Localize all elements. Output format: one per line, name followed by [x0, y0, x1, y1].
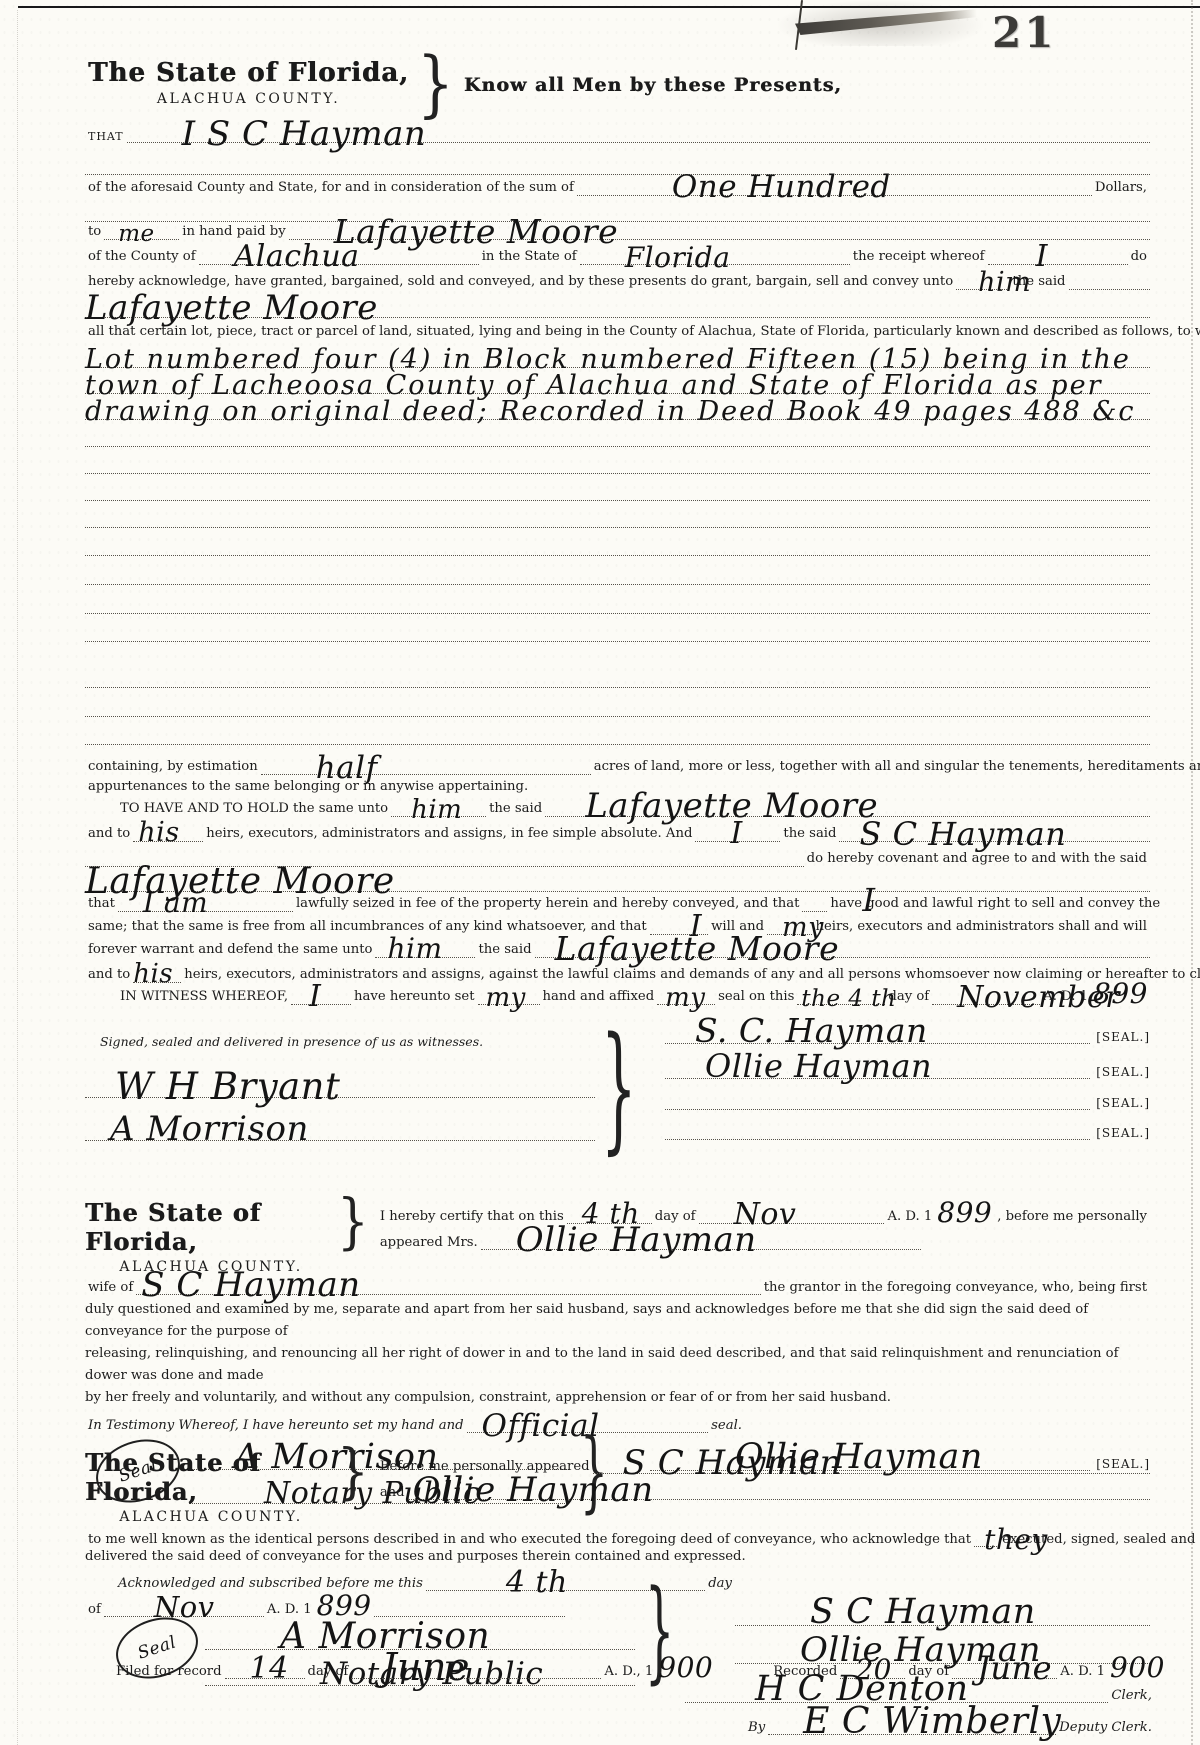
shall-label: heirs, executors and administrators shal…	[812, 920, 1150, 935]
month-entry-line: November	[932, 1004, 1040, 1005]
by-label: By	[745, 1720, 768, 1735]
state-handwritten: Florida	[625, 245, 731, 270]
containing-row: containing, by estimation half acres of …	[85, 755, 1150, 775]
dotted-line	[85, 473, 1150, 474]
dotted-line	[85, 584, 1150, 585]
covenant-label: do hereby covenant and agree to and with…	[804, 852, 1150, 867]
his2-entry-line: his	[133, 982, 181, 983]
deputy-row: By E C Wimberly Deputy Clerk.	[745, 1703, 1155, 1735]
n2-of-row: of Nov A. D. 1 899	[85, 1591, 565, 1617]
filed-day-line: 14	[225, 1678, 305, 1679]
convey-right-label: have good and lawful right to sell and c…	[827, 897, 1163, 912]
his-handwritten: his	[138, 821, 179, 845]
description-handwritten-3: drawing on original deed; Recorded in De…	[85, 400, 1136, 424]
n1-body-line-2: releasing, relinquishing, and renouncing…	[85, 1343, 1150, 1387]
blank-row	[85, 481, 1150, 501]
n2-before-line: S C Hayman	[593, 1473, 1150, 1474]
sum-handwritten: One Hundred	[672, 174, 891, 202]
said-label: the said	[780, 827, 839, 842]
n1-body: duly questioned and examined by me, sepa…	[85, 1299, 1150, 1409]
n1-appeared-handwritten: Ollie Hayman	[516, 1225, 757, 1256]
n1-body-line-1: duly questioned and examined by me, sepa…	[85, 1299, 1150, 1343]
witness-caption: Signed, sealed and delivered in presence…	[100, 1034, 483, 1049]
grantor-seal-signature: S. C. Hayman	[695, 1016, 928, 1046]
n2-of-label: of	[85, 1602, 104, 1617]
receipt-label: the receipt whereof	[850, 250, 988, 265]
n1-state-title: The State of Florida,	[85, 1198, 337, 1256]
containing-label: containing, by estimation	[85, 760, 261, 775]
filed-day-of-label: day of	[305, 1664, 352, 1679]
that-label: THAT	[85, 131, 127, 143]
n2-brace: }	[337, 1441, 369, 1501]
n1-header: The State of Florida, ALACHUA COUNTY. } …	[85, 1198, 1150, 1275]
presents-title: Know all Men by these Presents,	[464, 74, 842, 96]
n2-header: The State of Florida, ALACHUA COUNTY. } …	[85, 1448, 1150, 1525]
seal-line-3	[665, 1109, 1090, 1110]
blank-row	[85, 697, 1150, 717]
my2-entry-line: my	[478, 1004, 540, 1005]
warrant-row: forever warrant and defend the same unto…	[85, 938, 1150, 958]
n1-appeared-label: appeared Mrs.	[377, 1235, 481, 1250]
county-entry-line: Alachua	[199, 264, 479, 265]
n2-and-line: Ollie Hayman	[408, 1499, 1150, 1500]
filed-month-handwritten: June	[381, 1650, 470, 1684]
to-label: to	[85, 225, 104, 240]
witness2-signature: A Morrison	[110, 1114, 309, 1145]
paid-label: in hand paid by	[179, 225, 288, 240]
seal-row-4: [SEAL.]	[665, 1110, 1150, 1140]
n2-they-line: they	[974, 1546, 999, 1547]
blank-row	[85, 725, 1150, 745]
clerk-row: H C Denton Clerk,	[685, 1679, 1155, 1703]
grantor2-handwritten: S C Hayman	[859, 820, 1066, 849]
day-entry-line: the 4 th	[797, 1004, 885, 1005]
n1-certify-row: I hereby certify that on this 4 th day o…	[377, 1198, 1150, 1224]
year-handwritten: 899	[1091, 979, 1150, 1010]
n2-and-handwritten: Ollie Hayman	[413, 1475, 654, 1506]
letterhead-text: The State of Florida, ALACHUA COUNTY.	[88, 58, 409, 107]
receipt-entry-line: I	[988, 264, 1128, 265]
state-title: The State of Florida,	[88, 58, 409, 88]
seal-line-1: S. C. Hayman	[665, 1043, 1090, 1044]
n2-appeared-col: Before me personally appeared S C Hayman…	[377, 1448, 1150, 1500]
n1-brace: }	[337, 1191, 369, 1251]
heirs-label: heirs, executors, administrators and ass…	[203, 827, 695, 842]
state-entry-line: Florida	[580, 264, 850, 265]
acres-label: acres of land, more or less, together wi…	[591, 760, 1200, 775]
seized-row: that I am lawfully seized in fee of the …	[85, 892, 1150, 912]
dotted-line	[85, 555, 1150, 556]
n1-wife-line: S C Hayman	[136, 1294, 760, 1295]
grantee-entry-line: Lafayette Moore	[85, 317, 1150, 318]
seal-line-4	[665, 1139, 1090, 1140]
n1-wife-of-label: wife of	[85, 1280, 136, 1295]
n2-ack-label: Acknowledged and subscribed before me th…	[115, 1576, 426, 1591]
receipt-handwritten: I	[1036, 243, 1048, 270]
n1-letterhead: The State of Florida, ALACHUA COUNTY.	[85, 1198, 337, 1275]
i-entry-line: I	[695, 841, 780, 842]
n2-ack-day-handwritten: 4 th	[506, 1569, 568, 1596]
to-have-handwritten: him	[411, 799, 462, 822]
my3-entry-line: my	[657, 1004, 715, 1005]
seal-column: S. C. Hayman [SEAL.] Ollie Hayman [SEAL.…	[665, 1030, 1150, 1140]
dotted-line	[85, 716, 1150, 717]
state-of-label: in the State of	[479, 250, 580, 265]
paid-by-row: to me in hand paid by Lafayette Moore	[85, 220, 1150, 240]
wi-handwritten: I	[309, 983, 321, 1010]
unto-handwritten: him	[978, 271, 1031, 295]
deed-letterhead: The State of Florida, ALACHUA COUNTY. } …	[88, 58, 842, 112]
his2-handwritten: his	[133, 963, 173, 986]
n1-ad-label: A. D. 1	[884, 1209, 935, 1224]
page-number: 21	[992, 8, 1056, 57]
recorded-month-handwritten: June	[977, 1654, 1052, 1683]
dotted-line	[85, 641, 1150, 642]
n2-before-handwritten: S C Hayman	[623, 1448, 842, 1479]
n1-certify-col: I hereby certify that on this 4 th day o…	[377, 1198, 1150, 1250]
n2-county-label: ALACHUA COUNTY.	[85, 1509, 337, 1525]
blank-row	[85, 536, 1150, 556]
seal-row-1: S. C. Hayman [SEAL.]	[665, 1030, 1150, 1044]
description-line-3: drawing on original deed; Recorded in De…	[85, 419, 1150, 420]
dollars-label: Dollars,	[1092, 181, 1150, 196]
blank-row	[85, 454, 1150, 474]
to-entry-line: me	[104, 239, 179, 240]
deputy-line: E C Wimberly	[768, 1734, 1056, 1735]
county-state-row: of the County of Alachua in the State of…	[85, 245, 1150, 265]
county-of-label: of the County of	[85, 250, 199, 265]
n2-sig1-line: S C Hayman	[735, 1625, 1150, 1626]
filed-day-handwritten: 14	[250, 1655, 289, 1682]
witness-label: IN WITNESS WHEREOF,	[117, 990, 291, 1005]
clerk-label: Clerk,	[1108, 1688, 1155, 1703]
grantor2-entry-line: S C Hayman	[839, 841, 1150, 842]
n2-day-word: day	[705, 1576, 735, 1591]
n2-state-title: The State of Florida,	[85, 1448, 337, 1506]
my3-handwritten: my	[665, 987, 705, 1010]
n2-known-row: to me well known as the identical person…	[85, 1525, 1150, 1547]
sum-entry-line: One Hundred	[577, 195, 1092, 196]
witness-seal-block: Signed, sealed and delivered in presence…	[85, 1030, 1150, 1170]
dotted-line	[85, 687, 1150, 688]
i2-handwritten: I	[862, 886, 875, 915]
n1-testimony-row: In Testimony Whereof, I have hereunto se…	[85, 1409, 745, 1433]
filed-year-handwritten: 900	[656, 1651, 715, 1684]
witness2-line: A Morrison	[85, 1140, 595, 1141]
header-brace: }	[417, 47, 454, 120]
blank-row	[85, 622, 1150, 642]
parcel-label: all that certain lot, piece, tract or pa…	[85, 325, 1200, 340]
description-handwritten-2: town of Lacheoosa County of Alachua and …	[85, 374, 1102, 398]
description-row-1: Lot numbered four (4) in Block numbered …	[85, 348, 1150, 368]
consideration-row: of the aforesaid County and State, for a…	[85, 176, 1150, 196]
day-handwritten: the 4 th	[801, 989, 896, 1010]
blank-row	[85, 565, 1150, 585]
filed-ad-label: A. D., 1	[601, 1664, 656, 1679]
said-label: the said	[475, 943, 534, 958]
county-handwritten: Alachua	[234, 243, 360, 270]
n1-testimony-label: In Testimony Whereof, I have hereunto se…	[85, 1418, 467, 1433]
seal-label-2: [SEAL.]	[1090, 1065, 1150, 1079]
to-have-label: TO HAVE AND TO HOLD the same unto	[117, 802, 391, 817]
seal-line-2: Ollie Hayman	[665, 1078, 1090, 1079]
i-am-entry-line: I am	[118, 911, 293, 912]
n1-before-label: , before me personally	[994, 1209, 1150, 1224]
hand-label: hand and affixed	[540, 990, 658, 1005]
witness1-signature: W H Bryant	[115, 1070, 340, 1103]
scanned-deed-page: 21 The State of Florida, ALACHUA COUNTY.…	[0, 0, 1200, 1745]
deputy-label: Deputy Clerk.	[1056, 1720, 1155, 1735]
n2-known-label: to me well known as the identical person…	[85, 1532, 974, 1547]
him-entry-line: him	[375, 957, 475, 958]
description-handwritten-1: Lot numbered four (4) in Block numbered …	[85, 348, 1131, 372]
seal-label-4: [SEAL.]	[1090, 1126, 1150, 1140]
n2-ack-row: Acknowledged and subscribed before me th…	[115, 1567, 735, 1591]
n1-appeared-line: Ollie Hayman	[481, 1249, 921, 1250]
description-row-3: drawing on original deed; Recorded in De…	[85, 400, 1150, 420]
dotted-line	[85, 613, 1150, 614]
in-witness-row: IN WITNESS WHEREOF, I have hereunto set …	[85, 985, 1150, 1005]
to-have-entry-line: him	[391, 816, 486, 817]
seal-row-2: Ollie Hayman [SEAL.]	[665, 1044, 1150, 1079]
blank-row	[85, 668, 1150, 688]
said-label: the said	[486, 802, 545, 817]
paid-by-handwritten: Lafayette Moore	[334, 217, 619, 247]
seal-on-label: seal on this	[715, 990, 797, 1005]
recorded-ad-label: A. D. 1	[1057, 1664, 1108, 1679]
seized-label: lawfully seized in fee of the property h…	[293, 897, 802, 912]
n1-year-handwritten: 899	[935, 1196, 994, 1229]
filing-footer: Filed for record 14 day of June A. D., 1…	[85, 1655, 1167, 1735]
scan-left-edge	[17, 10, 18, 1745]
i-handwritten: I	[730, 820, 742, 847]
my2-handwritten: my	[486, 987, 526, 1010]
grantor-handwritten: I S C Hayman	[182, 119, 427, 150]
warrant-label: forever warrant and defend the same unto	[85, 943, 375, 958]
appurtenances-label: appurtenances to the same belonging or i…	[85, 780, 531, 795]
blank-row	[85, 594, 1150, 614]
his-entry-line: his	[133, 841, 203, 842]
blank-row	[85, 508, 1150, 528]
blank-row	[85, 155, 1150, 175]
witness-brace: }	[601, 1022, 637, 1159]
dotted-line	[85, 744, 1150, 745]
n1-body-line-3: by her freely and voluntarily, and witho…	[85, 1387, 1150, 1409]
that-label-2: that	[85, 897, 118, 912]
and-to-label: and to	[85, 827, 133, 842]
grantee-row: Lafayette Moore	[85, 298, 1150, 318]
grantor-entry-line: I S C Hayman	[127, 142, 1150, 143]
heirs-row: and to his heirs, executors, administrat…	[85, 822, 1150, 842]
dotted-line	[85, 527, 1150, 528]
set-label: have hereunto set	[351, 990, 478, 1005]
i-am-handwritten: I am	[143, 890, 208, 915]
description-row-2: town of Lacheoosa County of Alachua and …	[85, 374, 1150, 394]
n2-ad-label: A. D. 1	[264, 1602, 315, 1617]
grantee3-row: Lafayette Moore	[85, 872, 1150, 892]
dotted-line	[85, 446, 1150, 447]
scan-right-edge	[1191, 0, 1193, 1745]
filed-label: Filed for record	[113, 1664, 225, 1679]
seal-label-1: [SEAL.]	[1090, 1030, 1150, 1044]
do-label: do	[1128, 250, 1150, 265]
grant-row: hereby acknowledge, have granted, bargai…	[85, 270, 1150, 290]
him-handwritten: him	[387, 936, 442, 961]
n2-hayman-signature: S C Hayman	[810, 1597, 1036, 1629]
n1-wife-row: wife of S C Hayman the grantor in the fo…	[85, 1275, 1150, 1295]
filed-month-line: June	[351, 1678, 601, 1679]
dotted-line	[85, 174, 1150, 175]
paid-by-entry-line: Lafayette Moore	[289, 239, 1150, 240]
grantor2-seal-signature: Ollie Hayman	[705, 1052, 932, 1081]
parcel-row: all that certain lot, piece, tract or pa…	[85, 320, 1150, 340]
county-label: ALACHUA COUNTY.	[88, 91, 409, 107]
blank-row	[85, 427, 1150, 447]
n1-wife-handwritten: S C Hayman	[141, 1270, 360, 1301]
sum-label: of the aforesaid County and State, for a…	[85, 181, 577, 196]
grantee4-handwritten: Lafayette Moore	[555, 934, 840, 964]
n2-and-label: and	[377, 1485, 408, 1500]
seal-label-3: [SEAL.]	[1090, 1096, 1150, 1110]
dotted-line	[1069, 289, 1150, 290]
description-line-2: town of Lacheoosa County of Alachua and …	[85, 393, 1150, 394]
n2-they-handwritten: they	[984, 1527, 1048, 1552]
witness1-line: W H Bryant	[85, 1097, 595, 1098]
unto-entry-line: him	[956, 289, 1009, 290]
n1-grantor-label: the grantor in the foregoing conveyance,…	[761, 1280, 1150, 1295]
n1-seal-word: seal.	[708, 1418, 745, 1433]
and-to2-label: and to	[85, 968, 133, 983]
to-handwritten: me	[118, 224, 154, 245]
dotted-line	[85, 500, 1150, 501]
description-line-1: Lot numbered four (4) in Block numbered …	[85, 367, 1150, 368]
grantee4-entry-line: Lafayette Moore	[535, 957, 1150, 958]
recorded-year-handwritten: 900	[1108, 1651, 1167, 1684]
filed-recorded-row: Filed for record 14 day of June A. D., 1…	[113, 1655, 1167, 1679]
n2-letterhead: The State of Florida, ALACHUA COUNTY.	[85, 1448, 337, 1525]
deputy-signature: E C Wimberly	[803, 1706, 1061, 1738]
wi-entry-line: I	[291, 1004, 351, 1005]
to-have-row: TO HAVE AND TO HOLD the same unto him th…	[85, 797, 1150, 817]
that-row: THAT I S C Hayman	[85, 123, 1150, 143]
